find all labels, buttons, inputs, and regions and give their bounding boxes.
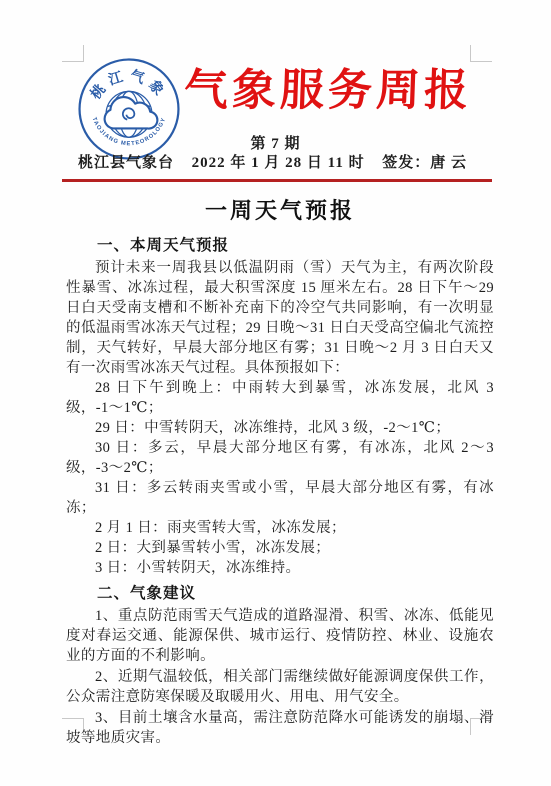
daily-forecast-item: 30 日：多云，早晨大部分地区有雾，有冰冻，北风 2～3 级，-3～2℃； <box>66 438 494 478</box>
section-heading-suggestions: 二、气象建议 <box>66 581 494 603</box>
forecast-intro-paragraph: 预计未来一周我县以低温阴雨（雪）天气为主，有两次阶段性暴雪、冰冻过程，最大积雪深… <box>66 258 494 378</box>
daily-forecast-item: 2 日：大到暴雪转小雪，冰冻发展； <box>66 538 494 558</box>
daily-forecast-item: 29 日：中雪转阴天，冰冻维持，北风 3 级，-2～1℃； <box>66 418 494 438</box>
weekly-weather-report-page: 桃江气象 TAOJIANG METEOROLOGY 气象服务周报 第 7 期 桃… <box>0 0 551 786</box>
daily-forecast-list: 28 日下午到晚上：中雨转大到暴雪，冰冻发展，北风 3 级，-1～1℃； 29 … <box>66 378 494 578</box>
issuing-agency: 桃江县气象台 <box>78 151 174 172</box>
issue-datetime: 2022 年 1 月 28 日 11 时 <box>192 151 365 172</box>
masthead: 桃江气象 TAOJIANG METEOROLOGY 气象服务周报 第 7 期 桃… <box>0 0 551 182</box>
issue-number: 第 7 期 <box>0 132 551 153</box>
suggestions-list: 1、重点防范雨雪天气造成的道路湿滑、积雪、冰冻、低能见度对春运交通、能源保供、城… <box>66 606 494 748</box>
daily-forecast-item: 31 日：多云转雨夹雪或小雪，早晨大部分地区有雾，有冰冻； <box>66 478 494 518</box>
daily-forecast-item: 28 日下午到晚上：中雨转大到暴雪，冰冻发展，北风 3 级，-1～1℃； <box>66 378 494 418</box>
daily-forecast-item: 3 日：小雪转阴天，冰冻维持。 <box>66 558 494 578</box>
suggestion-item: 1、重点防范雨雪天气造成的道路湿滑、积雪、冰冻、低能见度对春运交通、能源保供、城… <box>66 606 494 666</box>
suggestion-item: 2、近期气温较低，相关部门需继续做好能源调度保供工作，公众需注意防寒保暖及取暖用… <box>66 667 494 707</box>
report-body: 一周天气预报 一、本周天气预报 预计未来一周我县以低温阴雨（雪）天气为主，有两次… <box>0 188 551 748</box>
daily-forecast-item: 2 月 1 日：雨夹雪转大雪，冰冻发展； <box>66 518 494 538</box>
issuance-info-row: 桃江县气象台 2022 年 1 月 28 日 11 时 签发：唐 云 <box>0 151 551 172</box>
bulletin-title: 气象服务周报 <box>177 60 479 122</box>
report-title: 一周天气预报 <box>66 194 494 225</box>
signer: 签发：唐 云 <box>382 151 467 172</box>
section-heading-weekly-forecast: 一、本周天气预报 <box>66 233 494 255</box>
suggestion-item: 3、目前土壤含水量高，需注意防范降水可能诱发的崩塌、滑坡等地质灾害。 <box>66 708 494 748</box>
header-divider-rule <box>62 179 492 182</box>
